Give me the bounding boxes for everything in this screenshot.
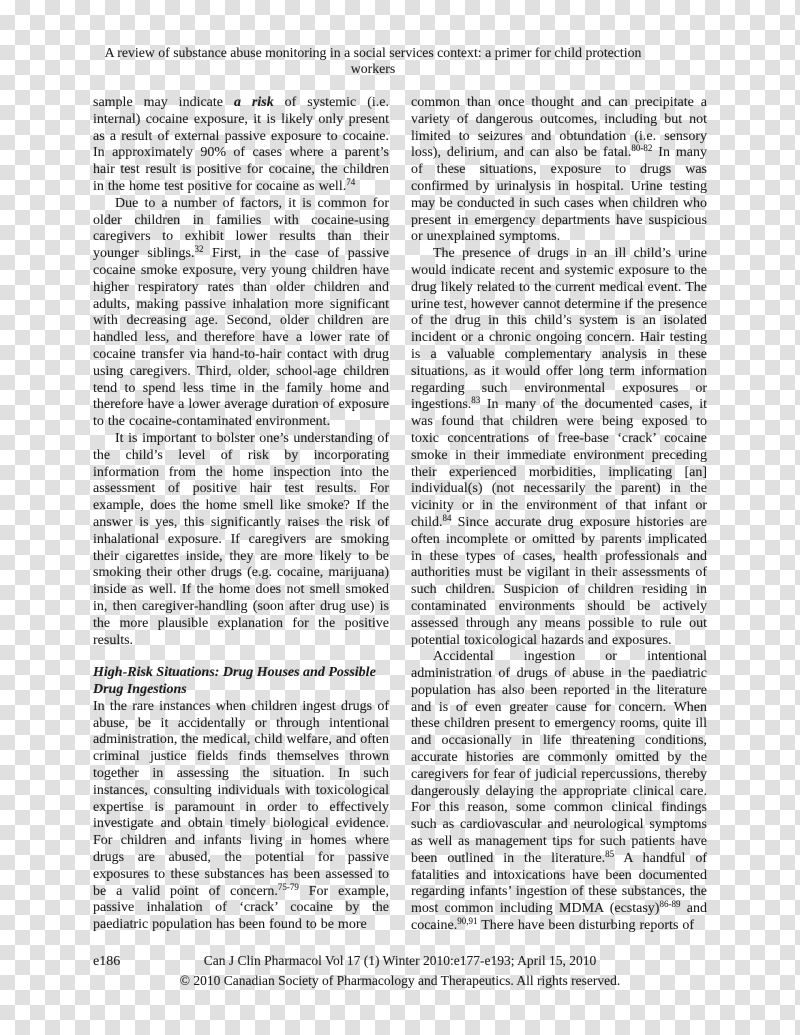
footnote-reference: 32 — [195, 244, 204, 254]
right-column: common than once thought and can precipi… — [411, 95, 707, 935]
paragraph-drug-ingestion-instances: In the rare instances when children inge… — [93, 699, 389, 934]
text-segment: It is important to bolster one’s underst… — [93, 431, 389, 648]
text-segment: The presence of drugs in an ill child’s … — [411, 246, 707, 412]
article-body: sample may indicate a risk of systemic (… — [93, 95, 707, 935]
left-column: sample may indicate a risk of systemic (… — [93, 95, 389, 935]
footnote-reference: 75-79 — [278, 882, 299, 892]
footnote-reference: 86-89 — [659, 899, 680, 909]
text-segment: a risk — [234, 95, 274, 110]
page-footer: e186 Can J Clin Pharmacol Vol 17 (1) Win… — [93, 951, 707, 990]
footnote-reference: 84 — [443, 513, 452, 523]
page-number: e186 — [93, 952, 120, 972]
footnote-reference: 90,91 — [457, 916, 477, 926]
paragraph-urine-and-hair-testing: The presence of drugs in an ill child’s … — [411, 246, 707, 649]
text-segment: In the rare instances when children inge… — [93, 699, 389, 899]
paragraph-accidental-ingestion: Accidental ingestion or intentional admi… — [411, 649, 707, 935]
text-segment: Since accurate drug exposure histories a… — [411, 515, 707, 648]
text-segment: In many of the documented cases, it was … — [411, 397, 707, 530]
journal-citation: Can J Clin Pharmacol Vol 17 (1) Winter 2… — [93, 951, 707, 971]
text-segment: There have been disturbing reports of — [478, 918, 695, 933]
copyright-notice: © 2010 Canadian Society of Pharmacology … — [93, 971, 707, 991]
paragraph-dangerous-outcomes: common than once thought and can precipi… — [411, 95, 707, 246]
paragraph-age-related-factors: Due to a number of factors, it is common… — [93, 196, 389, 431]
text-segment: First, in the case of passive cocaine sm… — [93, 246, 389, 429]
text-segment: Accidental ingestion or intentional admi… — [411, 649, 707, 866]
footnote-reference: 83 — [471, 395, 480, 405]
footnote-reference: 80-82 — [631, 143, 652, 153]
text-segment: sample may indicate — [93, 95, 234, 110]
journal-page: A review of substance abuse monitoring i… — [0, 0, 800, 1035]
footnote-reference: 74 — [346, 177, 355, 187]
page-title: A review of substance abuse monitoring i… — [93, 45, 653, 77]
section-heading-high-risk-situations: High-Risk Situations: Drug Houses and Po… — [93, 665, 389, 699]
paragraph-home-inspection: It is important to bolster one’s underst… — [93, 431, 389, 649]
footer-center-block: Can J Clin Pharmacol Vol 17 (1) Winter 2… — [93, 951, 707, 990]
footnote-reference: 85 — [605, 849, 614, 859]
paragraph-passive-exposure-risk: sample may indicate a risk of systemic (… — [93, 95, 389, 196]
